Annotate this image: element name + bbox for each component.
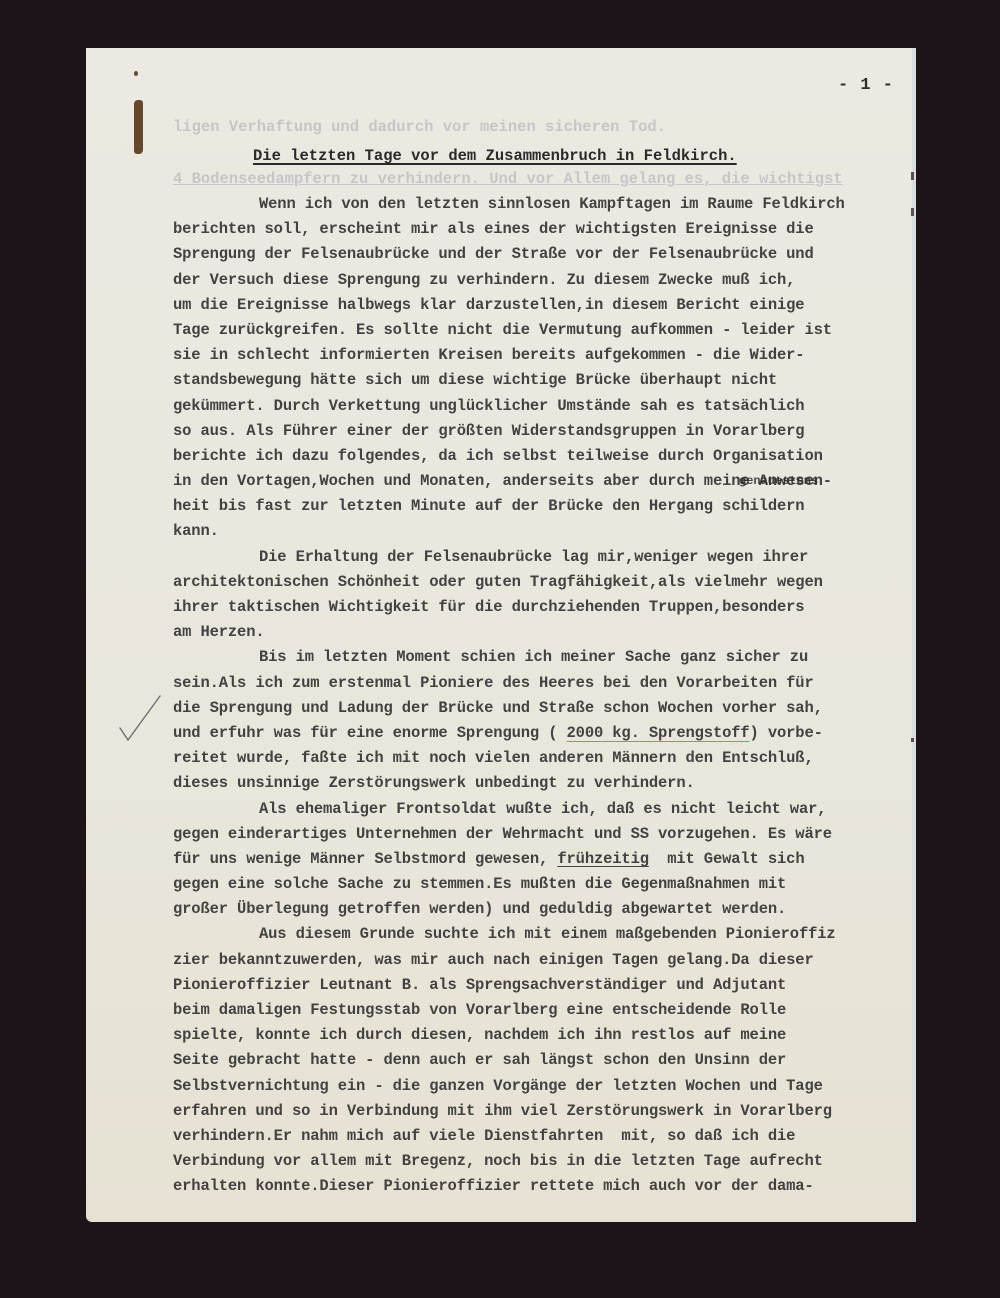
margin-mark xyxy=(911,172,914,180)
text-line: Tage zurückgreifen. Es sollte nicht die … xyxy=(173,318,913,343)
text-line: um die Ereignisse halbwegs klar darzuste… xyxy=(173,293,913,318)
text-line: erhalten konnte.Dieser Pionieroffizier r… xyxy=(173,1174,913,1199)
text-line: heit bis fast zur letzten Minute auf der… xyxy=(173,494,913,519)
text-line: berichte ich dazu folgendes, da ich selb… xyxy=(173,444,913,469)
text-line: sie in schlecht informierten Kreisen ber… xyxy=(173,343,913,368)
text-line: Sprengung der Felsenaubrücke und der Str… xyxy=(173,242,913,267)
text-line: sein.Als ich zum erstenmal Pioniere des … xyxy=(173,671,913,696)
handwritten-insertion: genauestens xyxy=(739,474,818,488)
red-underlined-text: 2000 kg. Sprengstoff xyxy=(567,724,750,742)
document-body: Wenn ich von den letzten sinnlosen Kampf… xyxy=(173,192,913,1200)
page-number: - 1 - xyxy=(838,76,894,95)
text-line: beim damaligen Festungsstab von Vorarlbe… xyxy=(173,998,913,1023)
text-line: spielte, konnte ich durch diesen, nachde… xyxy=(173,1023,913,1048)
text-line: Als ehemaliger Frontsoldat wußte ich, da… xyxy=(173,797,913,822)
text-line: gegen eine solche Sache zu stemmen.Es mu… xyxy=(173,872,913,897)
rust-spot xyxy=(134,71,138,76)
text-line: Bis im letzten Moment schien ich meiner … xyxy=(173,645,913,670)
text-line: gegen einderartiges Unternehmen der Wehr… xyxy=(173,822,913,847)
text-line: erfahren und so in Verbindung mit ihm vi… xyxy=(173,1099,913,1124)
text-line: Verbindung vor allem mit Bregenz, noch b… xyxy=(173,1149,913,1174)
text-segment: mit Gewalt sich xyxy=(649,850,805,868)
text-line: für uns wenige Männer Selbstmord gewesen… xyxy=(173,847,913,872)
text-line: reitet wurde, faßte ich mit noch vielen … xyxy=(173,746,913,771)
text-line: und erfuhr was für eine enorme Sprengung… xyxy=(173,721,913,746)
checkmark-icon xyxy=(116,688,166,748)
text-line: Seite gebracht hatte - denn auch er sah … xyxy=(173,1048,913,1073)
text-segment: ) vorbe- xyxy=(750,724,823,742)
rust-staple-mark xyxy=(134,100,143,154)
text-line: Aus diesem Grunde suchte ich mit einem m… xyxy=(173,922,913,947)
text-line: Selbstvernichtung ein - die ganzen Vorgä… xyxy=(173,1074,913,1099)
text-line: kann. xyxy=(173,519,913,544)
text-line: verhindern.Er nahm mich auf viele Dienst… xyxy=(173,1124,913,1149)
text-line: berichten soll, erscheint mir als eines … xyxy=(173,217,913,242)
document-page: - 1 - ligen Verhaftung und dadurch vor m… xyxy=(86,48,916,1222)
bleed-through-text: ligen Verhaftung und dadurch vor meinen … xyxy=(173,118,666,136)
text-segment: und erfuhr was für eine enorme Sprengung… xyxy=(173,724,567,742)
text-line: Wenn ich von den letzten sinnlosen Kampf… xyxy=(173,192,913,217)
text-line: gekümmert. Durch Verkettung unglückliche… xyxy=(173,394,913,419)
text-line: dieses unsinnige Zerstörungswerk unbedin… xyxy=(173,771,913,796)
text-line: am Herzen. xyxy=(173,620,913,645)
text-line: ihrer taktischen Wichtigkeit für die dur… xyxy=(173,595,913,620)
text-line: architektonischen Schönheit oder guten T… xyxy=(173,570,913,595)
underlined-text: frühzeitig xyxy=(557,850,649,868)
document-title: Die letzten Tage vor dem Zusammenbruch i… xyxy=(253,147,737,165)
text-line: standsbewegung hätte sich um diese wicht… xyxy=(173,368,913,393)
text-line: zier bekanntzuwerden, was mir auch nach … xyxy=(173,948,913,973)
bleed-through-text: 4 Bodenseedampfern zu verhindern. Und vo… xyxy=(173,170,843,188)
text-line: der Versuch diese Sprengung zu verhinder… xyxy=(173,268,913,293)
text-line: so aus. Als Führer einer der größten Wid… xyxy=(173,419,913,444)
text-line: großer Überlegung getroffen werden) und … xyxy=(173,897,913,922)
margin-mark xyxy=(911,738,914,742)
text-line: die Sprengung und Ladung der Brücke und … xyxy=(173,696,913,721)
margin-mark xyxy=(911,208,914,216)
text-line: Die Erhaltung der Felsenaubrücke lag mir… xyxy=(173,545,913,570)
text-segment: für uns wenige Männer Selbstmord gewesen… xyxy=(173,850,557,868)
text-line: Pionieroffizier Leutnant B. als Sprengsa… xyxy=(173,973,913,998)
